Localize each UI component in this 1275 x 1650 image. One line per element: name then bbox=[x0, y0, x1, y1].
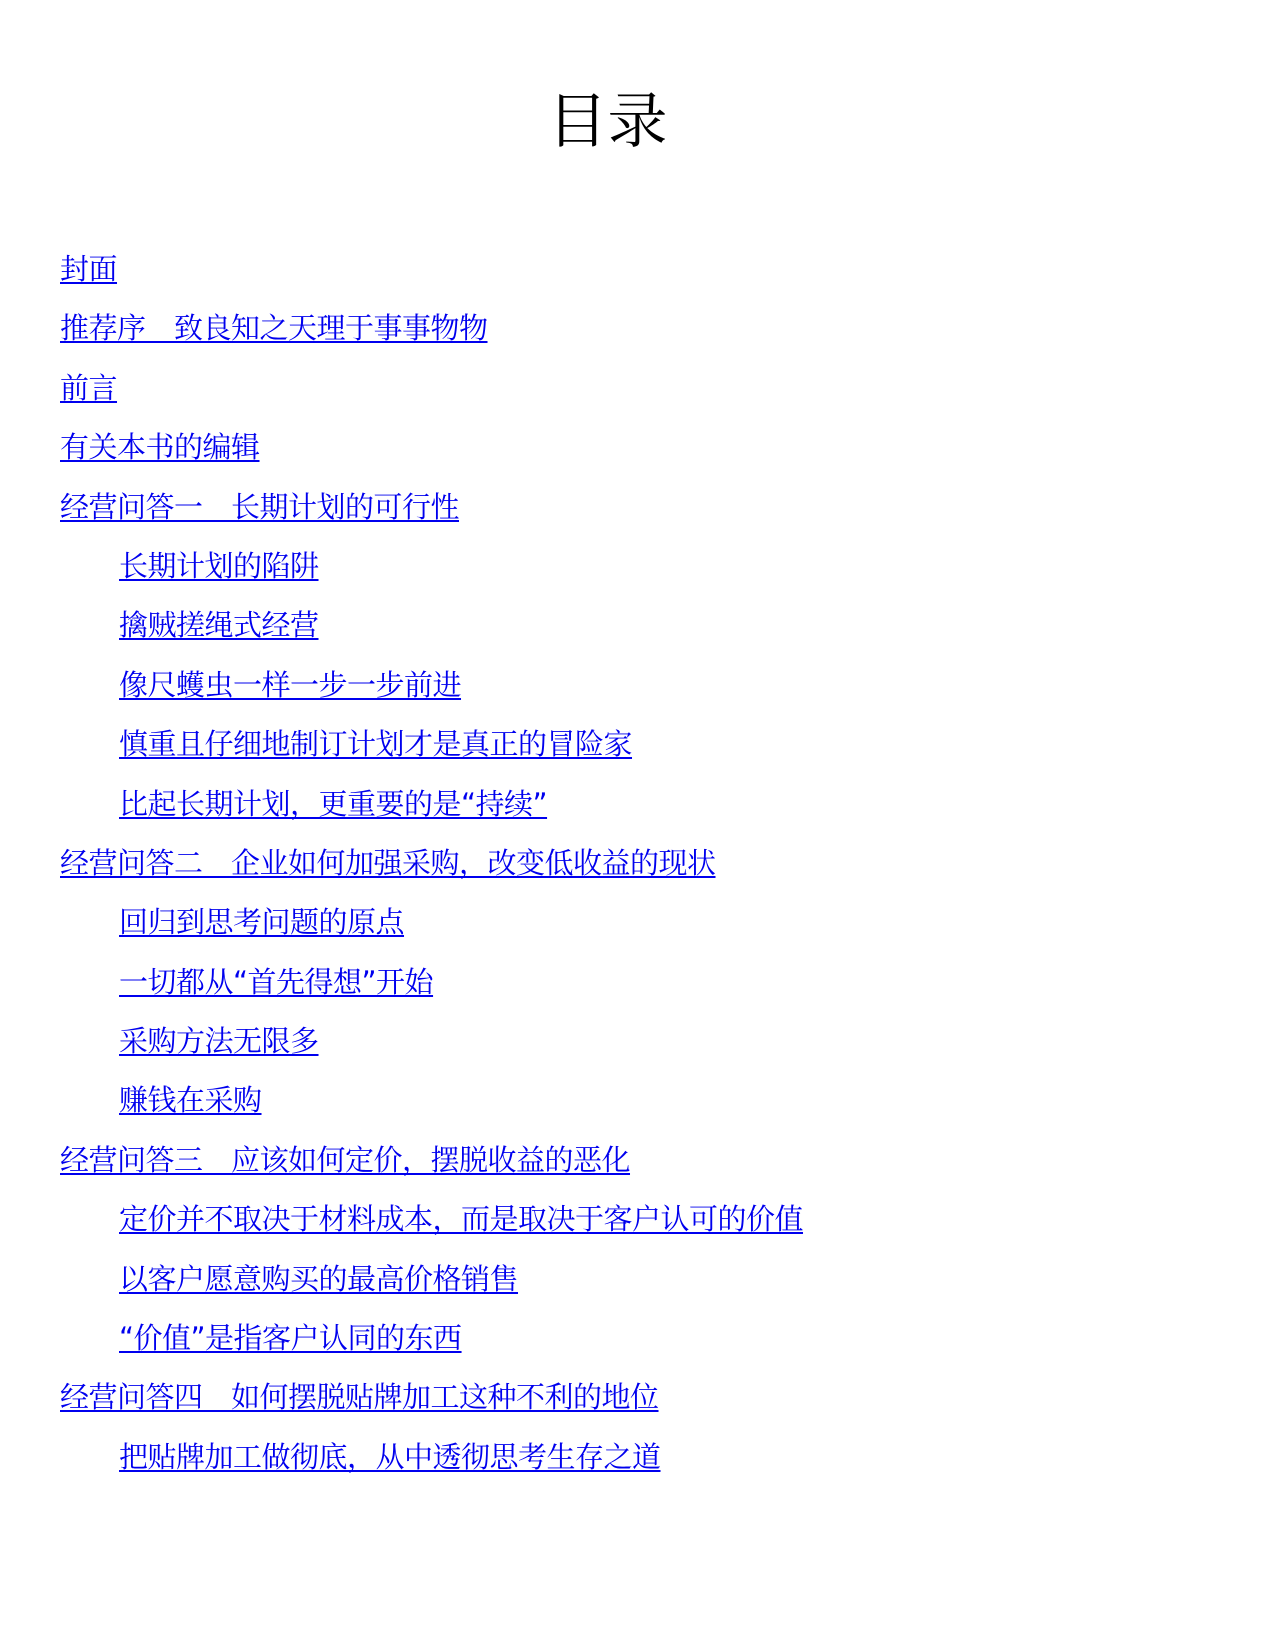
toc-link-editing-note[interactable]: 有关本书的编辑 bbox=[60, 430, 260, 464]
toc-entry: 一切都从“首先得想”开始 bbox=[0, 962, 1275, 1021]
toc-link-section[interactable]: “价值”是指客户认同的东西 bbox=[119, 1321, 462, 1355]
toc-link-chapter-1[interactable]: 经营问答一 长期计划的可行性 bbox=[60, 490, 459, 524]
toc-entry: 经营问答三 应该如何定价，摆脱收益的恶化 bbox=[0, 1140, 1275, 1199]
toc-link-section[interactable]: 一切都从“首先得想”开始 bbox=[119, 965, 433, 999]
toc-link-section[interactable]: 像尺蠖虫一样一步一步前进 bbox=[119, 668, 461, 702]
toc-link-chapter-2[interactable]: 经营问答二 企业如何加强采购，改变低收益的现状 bbox=[60, 846, 716, 880]
toc-entry: 赚钱在采购 bbox=[0, 1080, 1275, 1139]
toc-entry: 有关本书的编辑 bbox=[0, 427, 1275, 486]
toc-entry: “价值”是指客户认同的东西 bbox=[0, 1318, 1275, 1377]
page-title: 目录 bbox=[0, 82, 1215, 162]
toc-link-cover[interactable]: 封面 bbox=[60, 252, 117, 286]
toc-link-section[interactable]: 慎重且仔细地制订计划才是真正的冒险家 bbox=[119, 727, 632, 761]
toc-entry: 把贴牌加工做彻底，从中透彻思考生存之道 bbox=[0, 1437, 1275, 1496]
toc-link-section[interactable]: 擒贼搓绳式经营 bbox=[119, 608, 319, 642]
toc-link-section[interactable]: 定价并不取决于材料成本，而是取决于客户认可的价值 bbox=[119, 1202, 803, 1236]
toc-entry: 以客户愿意购买的最高价格销售 bbox=[0, 1259, 1275, 1318]
toc-link-chapter-4[interactable]: 经营问答四 如何摆脱贴牌加工这种不利的地位 bbox=[60, 1380, 659, 1414]
toc-link-section[interactable]: 赚钱在采购 bbox=[119, 1083, 262, 1117]
toc-link-chapter-3[interactable]: 经营问答三 应该如何定价，摆脱收益的恶化 bbox=[60, 1143, 630, 1177]
table-of-contents: 封面 推荐序 致良知之天理于事事物物 前言 有关本书的编辑 经营问答一 长期计划… bbox=[0, 249, 1275, 1496]
toc-entry: 经营问答二 企业如何加强采购，改变低收益的现状 bbox=[0, 843, 1275, 902]
toc-entry: 推荐序 致良知之天理于事事物物 bbox=[0, 308, 1275, 367]
toc-entry: 定价并不取决于材料成本，而是取决于客户认可的价值 bbox=[0, 1199, 1275, 1258]
toc-link-section[interactable]: 采购方法无限多 bbox=[119, 1024, 319, 1058]
toc-entry: 封面 bbox=[0, 249, 1275, 308]
toc-entry: 经营问答一 长期计划的可行性 bbox=[0, 487, 1275, 546]
toc-entry: 慎重且仔细地制订计划才是真正的冒险家 bbox=[0, 724, 1275, 783]
toc-link-foreword[interactable]: 推荐序 致良知之天理于事事物物 bbox=[60, 311, 488, 345]
toc-link-section[interactable]: 比起长期计划，更重要的是“持续” bbox=[119, 787, 547, 821]
toc-entry: 比起长期计划，更重要的是“持续” bbox=[0, 784, 1275, 843]
toc-entry: 前言 bbox=[0, 368, 1275, 427]
toc-entry: 像尺蠖虫一样一步一步前进 bbox=[0, 665, 1275, 724]
toc-link-section[interactable]: 回归到思考问题的原点 bbox=[119, 905, 404, 939]
toc-entry: 经营问答四 如何摆脱贴牌加工这种不利的地位 bbox=[0, 1377, 1275, 1436]
toc-link-section[interactable]: 把贴牌加工做彻底，从中透彻思考生存之道 bbox=[119, 1440, 661, 1474]
toc-entry: 擒贼搓绳式经营 bbox=[0, 605, 1275, 664]
toc-link-section[interactable]: 以客户愿意购买的最高价格销售 bbox=[119, 1262, 518, 1296]
toc-link-section[interactable]: 长期计划的陷阱 bbox=[119, 549, 319, 583]
toc-entry: 长期计划的陷阱 bbox=[0, 546, 1275, 605]
toc-entry: 回归到思考问题的原点 bbox=[0, 902, 1275, 961]
toc-entry: 采购方法无限多 bbox=[0, 1021, 1275, 1080]
toc-link-preface[interactable]: 前言 bbox=[60, 371, 117, 405]
